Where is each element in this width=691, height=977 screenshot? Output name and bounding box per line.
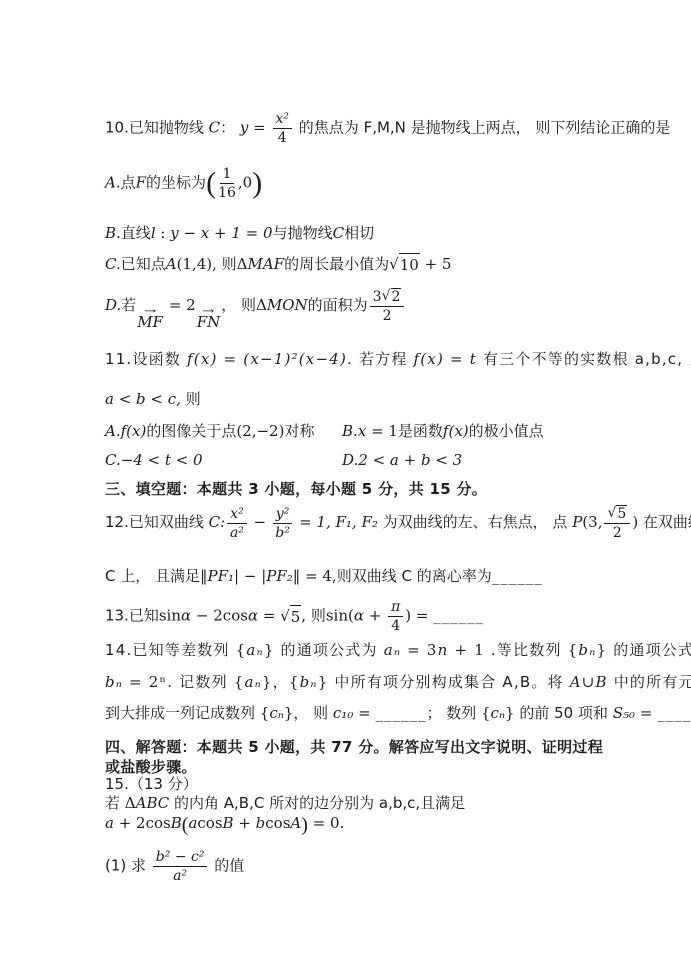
math-token: 为双曲线的左、右焦点， 点 xyxy=(378,513,572,531)
section-3-header: 三、填空题：本题共 3 小题，每小题 5 分，共 15 分。 xyxy=(105,478,487,500)
math-token: 且满足 xyxy=(420,794,465,812)
math-token: 求 xyxy=(126,857,151,875)
math-token: √10 xyxy=(389,253,420,276)
math-token: a < b < c, xyxy=(105,390,181,408)
math-token: 是抛物线上两点， 则下列结论正确的是 xyxy=(406,119,671,137)
math-token: = 4, xyxy=(300,567,336,585)
math-token: a,b,c, xyxy=(635,350,683,368)
math-token: P xyxy=(572,513,582,531)
math-token: √ xyxy=(389,253,399,275)
math-token: 则 xyxy=(181,390,201,408)
math-token: MON xyxy=(267,296,308,314)
math-token: bₙ xyxy=(105,673,123,691)
math-token: A,B,C xyxy=(224,794,265,812)
math-token: b² xyxy=(275,524,290,541)
math-token: a xyxy=(105,814,114,832)
math-token: 2 xyxy=(391,288,402,305)
math-token: ) 在双曲线 xyxy=(632,513,691,531)
math-token: 上， 且满足 xyxy=(115,567,200,585)
math-token: 点 xyxy=(121,174,136,192)
math-token: 已知等差数列 { xyxy=(132,641,246,659)
math-token: x² xyxy=(227,506,247,524)
math-token: 相切 xyxy=(344,224,374,242)
question-11-option-c: C.−4 < t < 0 xyxy=(105,451,203,469)
math-token: } 的前 xyxy=(505,704,554,722)
math-token: 的离心率为 xyxy=(412,567,492,585)
math-token: a² xyxy=(230,524,244,541)
math-token: 2 xyxy=(613,524,622,541)
math-token: π xyxy=(391,599,400,615)
question-12-line-2: C 上， 且满足‖PF₁| − |PF₂‖ = 4,则双曲线 C 的离心率为__… xyxy=(105,565,543,587)
math-token: π xyxy=(388,599,403,617)
math-token: n xyxy=(438,641,449,659)
math-token: √ xyxy=(607,505,616,521)
question-12-line-1: 12.已知双曲线 C:x²a² − y²b² = 1, F₁, F₂ 为双曲线的… xyxy=(105,505,691,541)
math-token: a,b,c, xyxy=(379,794,420,812)
math-token: 1 xyxy=(220,166,235,184)
math-token: + xyxy=(234,814,256,832)
math-token: = xyxy=(353,704,375,722)
math-token: }，{ xyxy=(262,673,300,691)
math-token: cₙ xyxy=(491,704,505,722)
math-token: 所对的边分别为 xyxy=(264,794,379,812)
math-token: 4 xyxy=(391,618,400,634)
math-token: 5 xyxy=(617,506,626,522)
math-token: x² xyxy=(273,111,293,129)
math-token: } 的通项公式为 xyxy=(596,641,691,659)
question-10-intro: 10.已知抛物线 C： y = x²4 的焦点为 F,M,N 是抛物线上两点， … xyxy=(105,111,670,146)
math-token: ， 则Δ xyxy=(221,296,267,314)
math-token: B xyxy=(223,814,234,832)
math-token: = 1是函数 xyxy=(366,422,443,440)
math-token: 已知抛物线 xyxy=(129,119,209,137)
math-token: , 则sin( xyxy=(301,607,354,625)
math-token: B.x xyxy=(342,422,366,440)
math-token: 的面积为 xyxy=(308,296,368,314)
math-token: 14. xyxy=(105,641,132,659)
math-token: C: xyxy=(209,513,226,531)
question-11-option-a: A.f(x)的图像关于点(2,−2)对称 xyxy=(105,422,314,440)
math-token: α xyxy=(181,607,191,625)
math-token: 16 xyxy=(218,185,236,201)
math-token: = xyxy=(258,607,280,625)
math-token: x² xyxy=(276,111,290,127)
math-token: F,M,N xyxy=(364,119,406,137)
math-token: A xyxy=(570,673,582,691)
math-token: f(x) = t xyxy=(414,350,477,368)
question-11-options-ab: A.f(x)的图像关于点(2,−2)对称 B.x = 1是函数f(x)的极小值点 xyxy=(105,420,314,442)
math-token: C xyxy=(209,119,220,137)
math-token: (1,4), 则Δ xyxy=(177,255,248,273)
math-token: ： xyxy=(220,119,240,137)
question-10-option-c: C.已知点A(1,4), 则ΔMAF的周长最小值为√10 + 5 xyxy=(105,253,451,276)
math-token: ) = xyxy=(405,607,433,625)
math-token: →FN xyxy=(197,308,221,330)
question-10-option-d: D.若→MF = 2→FN， 则ΔMON的面积为3√22 xyxy=(105,288,406,330)
math-token: y − x + 1 = 0 xyxy=(170,224,272,242)
math-token: } 中所有项分别构成集合 xyxy=(318,673,503,691)
math-token: ； 数列 { xyxy=(426,704,490,722)
math-token: α xyxy=(354,607,364,625)
math-token: MAF xyxy=(248,255,285,273)
math-token: 。将 xyxy=(531,673,569,691)
math-token: B xyxy=(596,673,608,691)
math-token: bₙ xyxy=(300,673,318,691)
math-token: ) xyxy=(252,167,262,200)
math-token: 2 xyxy=(392,289,401,305)
exam-paper-page: 10.已知抛物线 C： y = x²4 的焦点为 F,M,N 是抛物线上两点， … xyxy=(0,0,691,977)
math-token: a² xyxy=(173,868,187,884)
math-token: 有三个不等的实数根 xyxy=(477,350,635,368)
math-token: C xyxy=(105,567,115,585)
math-token: 中的所有元素从小 xyxy=(608,673,691,691)
question-11-intro: 11.设函数 f(x) = (x−1)²(x−4). 若方程 f(x) = t … xyxy=(105,348,691,370)
math-token: D.2 < a + b < 3 xyxy=(342,451,462,469)
answer-blank: ______ xyxy=(492,567,543,585)
math-token: C xyxy=(333,224,344,242)
math-token: = 0. xyxy=(308,814,344,832)
math-token: ‖PF₁| − |PF₂‖ xyxy=(200,567,300,585)
math-token: √2 xyxy=(382,288,402,305)
section-4-header: 四、解答题：本题共 5 小题，共 77 分。解答应写出文字说明、证明过程或盐酸步… xyxy=(105,737,610,777)
math-token: ABC xyxy=(136,794,170,812)
math-token: 116 xyxy=(218,166,236,201)
question-11-option-b: B.x = 1是函数f(x)的极小值点 xyxy=(342,420,544,442)
math-token: ∪ xyxy=(582,673,596,691)
math-token: 的坐标为 xyxy=(146,174,206,192)
question-14-line-1: 14.已知等差数列 {aₙ} 的通项公式为 aₙ = 3n + 1 .等比数列 … xyxy=(105,639,691,661)
math-token: 10 xyxy=(400,256,419,274)
math-token: 且 xyxy=(683,350,691,368)
math-token: 10 xyxy=(399,253,420,276)
math-token: 11. xyxy=(105,350,132,368)
math-token: 2 xyxy=(613,525,622,541)
math-token: 5 xyxy=(616,505,627,522)
math-token: c₁₀ xyxy=(333,704,353,722)
question-11-intro-cont: a < b < c, 则 xyxy=(105,388,201,410)
math-token: 2 xyxy=(383,308,392,324)
math-token: α xyxy=(248,607,258,625)
math-token: y² xyxy=(276,506,290,522)
math-token: − 2cos xyxy=(191,607,248,625)
math-token: f(x) xyxy=(443,422,469,440)
math-token: = xyxy=(635,704,657,722)
math-token: + 2cos xyxy=(114,814,171,832)
math-token: y²b² xyxy=(273,506,293,541)
math-token: 已知sin xyxy=(129,607,181,625)
math-token: D. xyxy=(105,296,121,314)
math-token: 直线 xyxy=(121,224,151,242)
answer-blank: ______ xyxy=(433,607,484,625)
math-token: = 3 xyxy=(401,641,437,659)
math-token: √ xyxy=(382,288,391,304)
question-13: 13.已知sinα − 2cosα = √5, 则sin(α + π4) = _… xyxy=(105,599,484,634)
question-15-part-1: (1) 求 b² − c²a² 的值 xyxy=(105,849,244,884)
math-token: = xyxy=(248,119,270,137)
math-token: S₅₀ xyxy=(613,704,635,722)
math-token: y² xyxy=(273,506,293,524)
math-token: A. xyxy=(105,174,121,192)
math-token: √5 xyxy=(280,605,301,628)
math-token: a² xyxy=(230,525,244,541)
math-token: C.−4 < t < 0 xyxy=(105,451,203,469)
math-token: 16 xyxy=(218,184,236,201)
math-token: ) xyxy=(301,814,308,836)
math-token: 3 xyxy=(373,289,382,305)
math-token: b² xyxy=(275,525,290,541)
question-10-option-a: A.点F的坐标为(116,0) xyxy=(105,166,262,201)
math-token: 的值 xyxy=(209,857,244,875)
math-token: 项和 xyxy=(573,704,613,722)
math-token: 已知点 xyxy=(121,255,166,273)
math-token: → xyxy=(202,308,215,315)
math-token: 10. xyxy=(105,119,129,137)
math-token: FN xyxy=(197,315,221,330)
question-15-intro: 若 ΔABC 的内角 A,B,C 所对的边分别为 a,b,c,且满足 xyxy=(105,792,465,814)
math-token: + 5 xyxy=(420,255,452,273)
math-token: 设函数 xyxy=(132,350,187,368)
math-token: 12. xyxy=(105,513,129,531)
math-token: 已知双曲线 xyxy=(129,513,209,531)
math-token: 若 Δ xyxy=(105,794,136,812)
math-token: bₙ xyxy=(578,641,596,659)
math-token: b² − c² xyxy=(156,849,205,865)
math-token: 50 xyxy=(554,704,573,722)
answer-blank: _____ xyxy=(657,704,691,722)
math-token: 若方程 xyxy=(353,350,414,368)
math-token: aₙ xyxy=(244,673,261,691)
math-token: F xyxy=(136,174,146,192)
math-token: x²4 xyxy=(273,111,293,146)
math-token: →MF xyxy=(137,308,163,330)
question-14-line-2: bₙ = 2ⁿ. 记数列 {aₙ}，{bₙ} 中所有项分别构成集合 A,B。将 … xyxy=(105,671,691,693)
math-token: x²a² xyxy=(227,506,247,541)
math-token: 到大排成一列记成数列 { xyxy=(105,704,269,722)
question-11-option-d: D.2 < a + b < 3 xyxy=(342,449,462,471)
math-token: A,B xyxy=(502,673,531,691)
math-token: 若 xyxy=(121,296,136,314)
math-token: b xyxy=(256,814,266,832)
math-token: √ xyxy=(280,605,290,627)
math-token: 5 xyxy=(291,608,301,626)
math-token: 3√2 xyxy=(370,288,405,307)
math-token: 4 xyxy=(278,130,287,146)
math-token: √5 xyxy=(604,505,630,524)
math-token: A xyxy=(166,255,177,273)
math-token: x² xyxy=(230,506,244,522)
math-token: A xyxy=(290,814,301,832)
math-token: b² − c²a² xyxy=(153,849,208,884)
math-token: √5 xyxy=(607,505,627,522)
math-token: = 2 xyxy=(164,296,196,314)
math-token: = 2ⁿ. 记数列 { xyxy=(123,673,244,691)
math-token: aₙ xyxy=(246,641,263,659)
math-token: 的周长最小值为 xyxy=(284,255,389,273)
math-token: 与抛物线 xyxy=(273,224,333,242)
math-token: f(x) = (x−1)²(x−4). xyxy=(187,350,353,368)
math-token: + xyxy=(364,607,386,625)
math-token: 2 xyxy=(383,307,392,324)
question-15-equation: a + 2cosB(acosB + bcosA) = 0. xyxy=(105,812,344,835)
math-token: b² − c² xyxy=(153,849,208,867)
math-token: → xyxy=(144,308,157,315)
math-token: C xyxy=(401,567,411,585)
math-token: 4 xyxy=(278,129,287,146)
math-token: B. xyxy=(105,224,121,242)
math-token: : xyxy=(156,224,171,242)
question-10-option-b: B.直线l : y − x + 1 = 0与抛物线C相切 xyxy=(105,222,374,244)
math-token: 3√22 xyxy=(370,288,405,324)
math-token: 5 xyxy=(290,605,302,628)
question-11-options-cd: C.−4 < t < 0 D.2 < a + b < 3 xyxy=(105,449,203,471)
math-token: MF xyxy=(137,315,163,330)
math-token: cₙ xyxy=(269,704,283,722)
math-token: cos xyxy=(265,814,290,832)
math-token: cos xyxy=(197,814,222,832)
math-token: − xyxy=(249,513,271,531)
math-token: a² xyxy=(173,867,187,884)
math-token: B xyxy=(171,814,182,832)
answer-blank: ______ xyxy=(375,704,426,722)
math-token: 4 xyxy=(391,617,400,634)
math-token: = 1, F₁, F₂ xyxy=(294,513,378,531)
math-token: 的内角 xyxy=(169,794,224,812)
math-token: 的图像关于点(2,−2)对称 xyxy=(146,422,314,440)
math-token: ( xyxy=(206,167,216,200)
math-token: } 的通项公式为 xyxy=(264,641,384,659)
math-token: aₙ xyxy=(384,641,401,659)
math-token: 13. xyxy=(105,607,129,625)
math-token: + 1 .等比数列 { xyxy=(448,641,578,659)
math-token: (3, xyxy=(582,513,602,531)
math-token: 的焦点为 xyxy=(294,119,364,137)
math-token: 的极小值点 xyxy=(469,422,544,440)
math-token: }， 则 xyxy=(284,704,333,722)
math-token: C. xyxy=(105,255,121,273)
question-14-line-3: 到大排成一列记成数列 {cₙ}， 则 c₁₀ = ______； 数列 {cₙ}… xyxy=(105,702,691,724)
math-token: A.f(x) xyxy=(105,422,146,440)
math-token: (1) xyxy=(105,857,126,875)
math-token: ,0 xyxy=(238,174,252,192)
math-token: 1 xyxy=(223,166,232,182)
math-token: √52 xyxy=(604,505,630,541)
math-token: 则双曲线 xyxy=(337,567,402,585)
math-token: π4 xyxy=(388,599,403,634)
